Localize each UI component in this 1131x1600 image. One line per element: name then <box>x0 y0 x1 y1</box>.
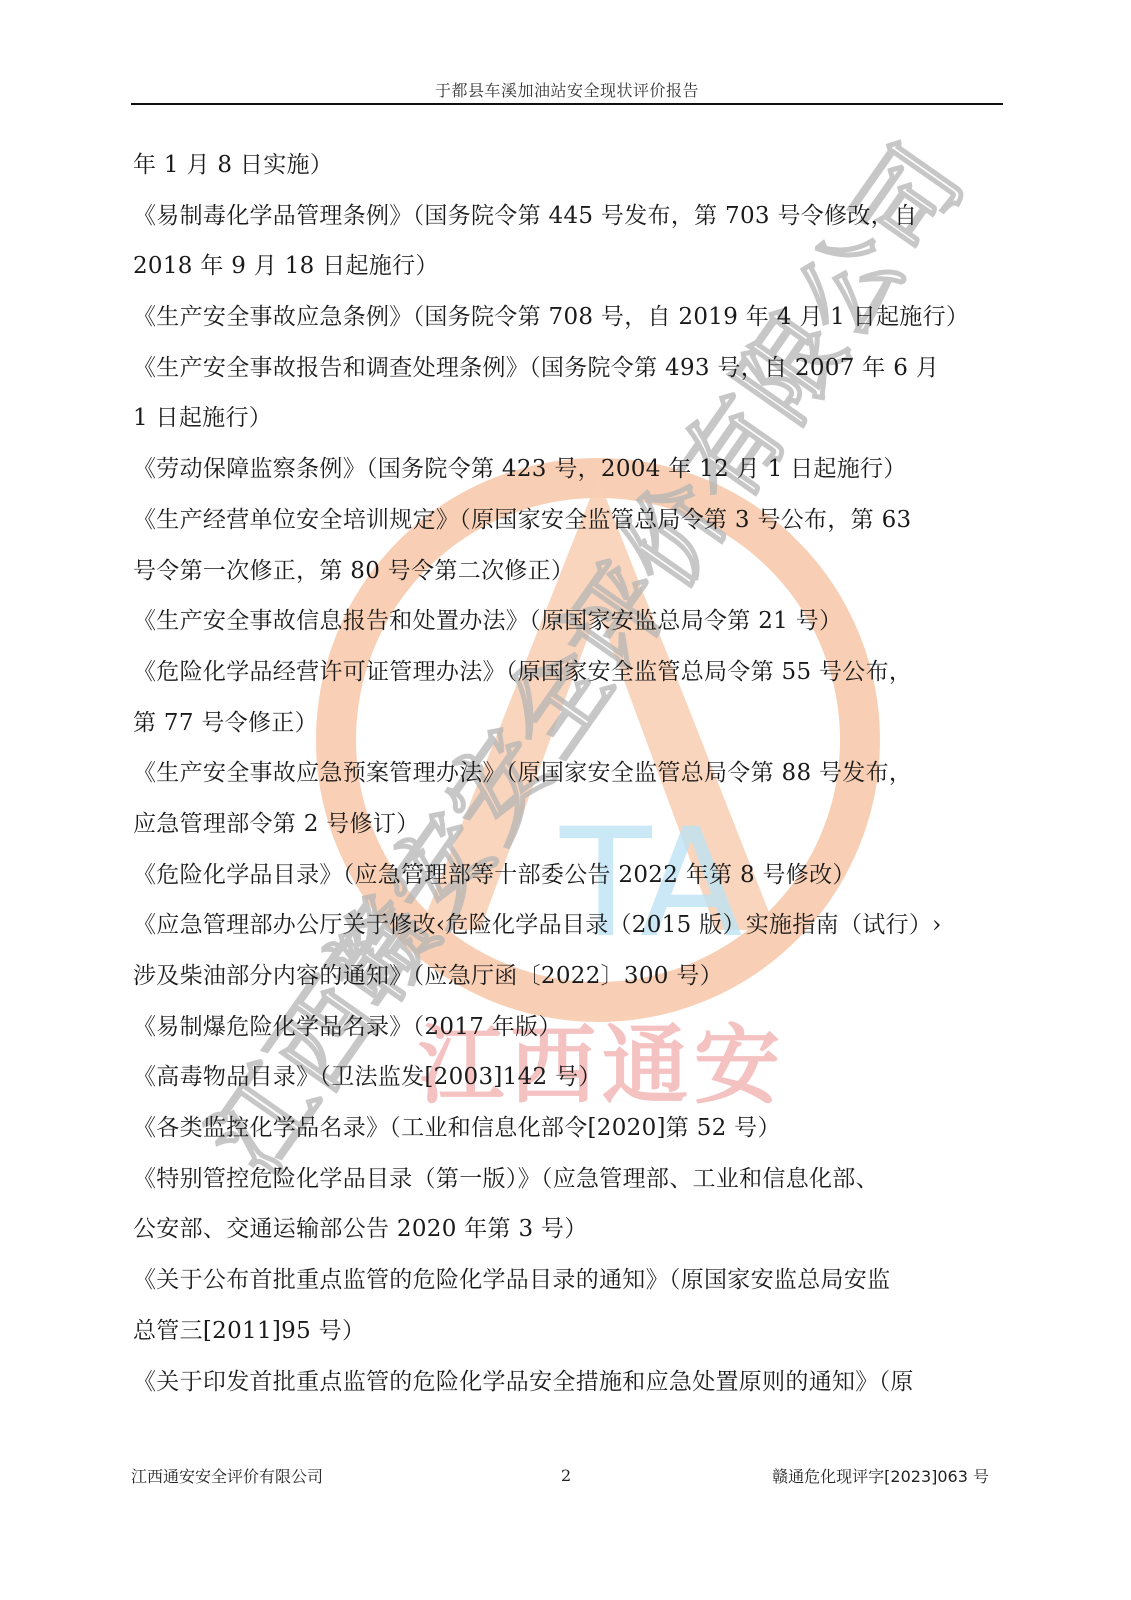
body-line: 《特别管控危险化学品目录（第一版）》（应急管理部、工业和信息化部、 <box>133 1154 1008 1205</box>
body-line: 《生产安全事故应急预案管理办法》（原国家安全监管总局令第 88 号发布， <box>133 748 1008 799</box>
body-line: 涉及柴油部分内容的通知》（应急厅函〔2022〕300 号） <box>133 951 1008 1002</box>
body-line: 《易制爆危险化学品名录》（2017 年版） <box>133 1002 1008 1053</box>
body-line: 《劳动保障监察条例》（国务院令第 423 号，2004 年 12 月 1 日起施… <box>133 444 1008 495</box>
body-line: 《生产安全事故报告和调查处理条例》（国务院令第 493 号，自 2007 年 6… <box>133 343 1008 394</box>
body-line: 总管三[2011]95 号） <box>133 1306 1008 1357</box>
body-line: 号令第一次修正，第 80 号令第二次修正） <box>133 546 1008 597</box>
page-footer: 江西通安安全评价有限公司 2 赣通危化现评字[2023]063 号 <box>131 1464 1003 1488</box>
body-line: 《关于公布首批重点监管的危险化学品目录的通知》（原国家安监总局安监 <box>133 1255 1008 1306</box>
body-line: 年 1 月 8 日实施） <box>133 140 1008 191</box>
body-line: 应急管理部令第 2 号修订） <box>133 799 1008 850</box>
body-line: 公安部、交通运输部公告 2020 年第 3 号） <box>133 1204 1008 1255</box>
body-line: 1 日起施行） <box>133 393 1008 444</box>
document-body: 年 1 月 8 日实施） 《易制毒化学品管理条例》（国务院令第 445 号发布，… <box>133 140 1008 1407</box>
page-header-title: 于都县车溪加油站安全现状评价报告 <box>131 78 1003 101</box>
body-line: 《应急管理部办公厅关于修改‹危险化学品目录（2015 版）实施指南（试行）› <box>133 900 1008 951</box>
body-line: 《高毒物品目录》（卫法监发[2003]142 号） <box>133 1052 1008 1103</box>
body-line: 《生产安全事故应急条例》（国务院令第 708 号，自 2019 年 4 月 1 … <box>133 292 1008 343</box>
footer-doc-number: 赣通危化现评字[2023]063 号 <box>772 1464 989 1487</box>
body-line: 第 77 号令修正） <box>133 698 1008 749</box>
body-line: 《生产安全事故信息报告和处置办法》（原国家安监总局令第 21 号） <box>133 596 1008 647</box>
body-line: 《各类监控化学品名录》（工业和信息化部令[2020]第 52 号） <box>133 1103 1008 1154</box>
body-line: 《关于印发首批重点监管的危险化学品安全措施和应急处置原则的通知》（原 <box>133 1357 1008 1408</box>
body-line: 《危险化学品经营许可证管理办法》（原国家安全监管总局令第 55 号公布， <box>133 647 1008 698</box>
body-line: 《生产经营单位安全培训规定》（原国家安全监管总局令第 3 号公布，第 63 <box>133 495 1008 546</box>
body-line: 2018 年 9 月 18 日起施行） <box>133 241 1008 292</box>
body-line: 《危险化学品目录》（应急管理部等十部委公告 2022 年第 8 号修改） <box>133 850 1008 901</box>
footer-page-number: 2 <box>561 1466 571 1485</box>
footer-company: 江西通安安全评价有限公司 <box>131 1464 323 1487</box>
body-line: 《易制毒化学品管理条例》（国务院令第 445 号发布，第 703 号令修改，自 <box>133 191 1008 242</box>
header-divider <box>131 103 1003 105</box>
